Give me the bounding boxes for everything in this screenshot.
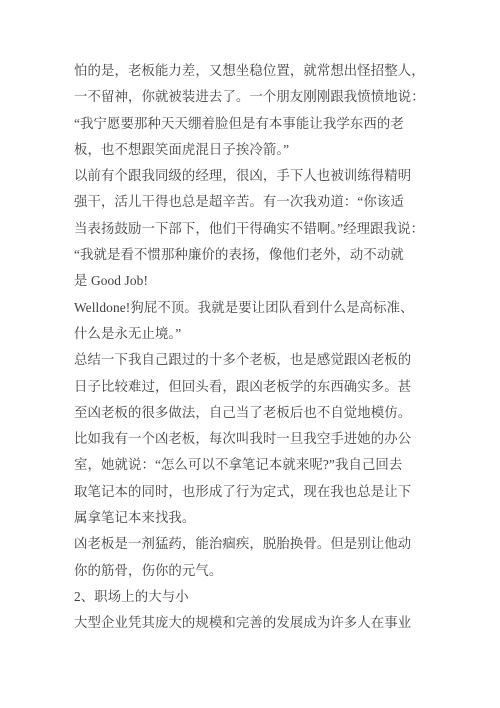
text-line-1: 怕的是，老板能力差，又想坐稳位置，就常想出怪招整人， [74,58,434,84]
text-line-20: 你的筋骨，伤你的元气。 [74,558,434,584]
text-line-17: 取笔记本的同时，也形成了行为定式，现在我也总是让下 [74,479,434,505]
text-line-3: “我宁愿要那种天天绷着脸但是有本事能让我学东西的老 [74,111,434,137]
text-line-5: 以前有个跟我同级的经理，很凶，手下人也被训练得精明 [74,163,434,189]
text-line-12: 总结一下我自己跟过的十多个老板，也是感觉跟凶老板的 [74,347,434,373]
text-line-15: 比如我有一个凶老板，每次叫我时一旦我空手进她的办公 [74,426,434,452]
text-line-2: 一不留神，你就被装进去了。一个朋友刚刚跟我愤愤地说： [74,84,434,110]
text-block: 怕的是，老板能力差，又想坐稳位置，就常想出怪招整人， 一不留神，你就被装进去了。… [74,58,434,637]
document-page: 怕的是，老板能力差，又想坐稳位置，就常想出怪招整人， 一不留神，你就被装进去了。… [0,0,500,708]
text-line-10: Welldone!狗屁不顶。我就是要让团队看到什么是高标准、 [74,295,434,321]
text-line-7: 当表扬鼓励一下部下，他们干得确实不错啊。”经理跟我说： [74,216,434,242]
text-line-18: 属拿笔记本来找我。 [74,505,434,531]
text-line-13: 日子比较难过，但回头看，跟凶老板学的东西确实多。甚 [74,374,434,400]
text-line-11: 什么是永无止境。” [74,321,434,347]
text-line-4: 板，也不想跟笑面虎混日子挨冷箭。” [74,137,434,163]
text-line-8: “我就是看不惯那种廉价的表扬，像他们老外，动不动就 [74,242,434,268]
text-line-22: 大型企业凭其庞大的规模和完善的发展成为许多人在事业 [74,610,434,636]
text-line-14: 至凶老板的很多做法，自己当了老板后也不自觉地模仿。 [74,400,434,426]
text-line-19: 凶老板是一剂猛药，能治痼疾，脱胎换骨。但是别让他动 [74,531,434,557]
text-line-16: 室，她就说：“怎么可以不拿笔记本就来呢?”我自己回去 [74,452,434,478]
text-line-21 section-heading: 2、职场上的大与小 [74,584,434,610]
text-line-6: 强干，活儿干得也总是超辛苦。有一次我劝道：“你该适 [74,189,434,215]
text-line-9: 是 Good Job! [74,268,434,294]
